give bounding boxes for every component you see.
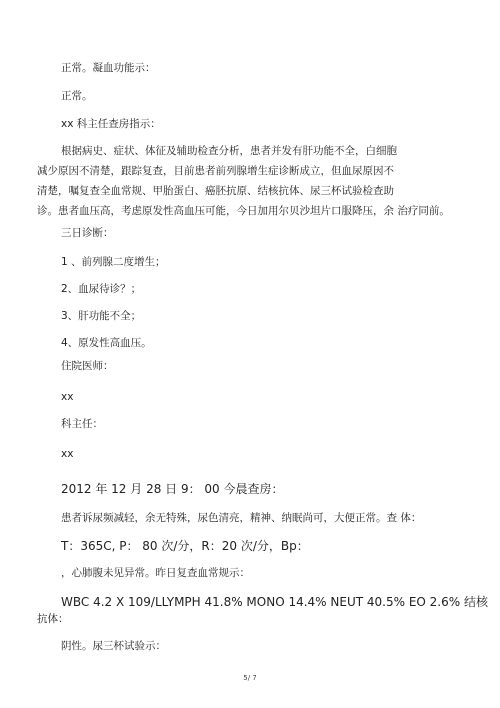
text-line: 抗体： — [37, 612, 69, 626]
text-line: 阴性。尿三杯试验示： — [61, 639, 166, 653]
paragraph-line: 诊。患者血压高，考虑原发性高血压可能，今日加用尔贝沙坦片口服降压，余 治疗同前。 — [37, 204, 450, 218]
section-heading: 三日诊断： — [61, 226, 114, 240]
text-line: ，心肺腹未见异常。昨日复查血常规示： — [61, 566, 250, 580]
round-date: 2012 年 12 月 28 日 9： 00 今晨查房： — [61, 482, 284, 496]
text-line: 正常。 — [61, 89, 93, 103]
diagnosis-item: 3、肝功能不全； — [61, 309, 141, 323]
signature-name: xx — [61, 447, 73, 461]
lab-results-line: WBC 4.2 X 109/LLYMPH 41.8% MONO 14.4% NE… — [61, 595, 488, 609]
paragraph-line: 清楚，嘱复查全血常规、甲胎蛋白、癌胚抗原、结核抗体、尿三杯试验检查助 — [37, 184, 394, 198]
signature-label: 住院医师： — [61, 359, 114, 373]
text-line: 患者诉尿频减轻，余无特殊，尿色清亮，精神、纳眠尚可，大便正常。查 体： — [61, 511, 421, 525]
diagnosis-item: 1 、前列腺二度增生； — [61, 255, 166, 269]
text-line: 正常。凝血功能示： — [61, 61, 156, 75]
signature-label: 科主任： — [61, 417, 103, 431]
diagnosis-item: 2、血尿待诊？； — [61, 282, 141, 296]
diagnosis-item: 4、原发性高血压。 — [61, 336, 152, 350]
text-line: xx 科主任查房指示： — [61, 117, 161, 131]
page-number: 5/ 7 — [0, 674, 500, 682]
vitals-line: T：365C, P： 80 次/分，R：20 次/分，Bp： — [61, 539, 309, 553]
paragraph-line: 根据病史、症状、体征及辅助检查分析，患者并发有肝功能不全，白细胞 — [61, 144, 397, 158]
paragraph-line: 减少原因不清楚，跟踪复查，目前患者前列腺增生症诊断成立，但血尿原因不 — [37, 164, 394, 178]
signature-name: xx — [61, 390, 73, 404]
